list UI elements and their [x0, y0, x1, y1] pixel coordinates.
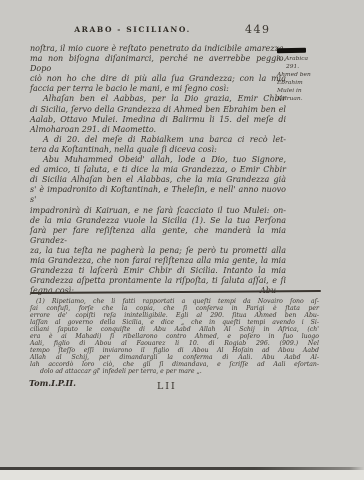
text-line: ma non biſogna diſanimarci, perché ne av… [30, 54, 286, 74]
margin-note-line: Kairuan. [277, 96, 329, 104]
footer-tome: Tom.I.P.II. [29, 378, 76, 388]
text-line: de la mia Grandezza vuole la Sicilia (1)… [30, 216, 286, 226]
page-number: 449 [245, 23, 271, 36]
paragraph: A di 20. del meſe di Rabialkem una barca… [30, 135, 286, 155]
text-line: za, la tua teſta ne pagherà la pena; ſe … [30, 246, 286, 256]
margin-note-lines: A. Arabica291.Ahmed benEbrahimMulei inKa… [277, 56, 329, 103]
signature-mark: LII [157, 381, 177, 392]
text-line: tera da Koſtantinah, nella quale ſi dice… [30, 145, 286, 155]
margin-note-line: A. Arabica [277, 56, 329, 64]
text-line: Almoharoan 291. di Maometto. [30, 125, 286, 135]
below-scan-edge-margin [0, 470, 364, 480]
text-line: s' è impadronito di Koſtantinah, e Thele… [30, 185, 286, 205]
text-line: impadronirà di Kairuan, e ne ſarà ſcacci… [30, 206, 286, 216]
margin-note: A. Arabica291.Ahmed benEbrahimMulei inKa… [277, 48, 329, 103]
text-line: Grandezza ti laſcerà Emir Chbir di Sicil… [30, 266, 286, 276]
text-line: ciò non ho che dire di più alla ſua Gran… [30, 74, 286, 84]
text-line: Aalab, Ottavo Mulei. Imedina di Balirmu … [30, 115, 286, 125]
paragraph: Alhaſan ben el Aabbas, per la Dio grazia… [30, 94, 286, 134]
text-line: Grandezza aſpetta prontamente la riſpoſt… [30, 276, 286, 286]
text-line: Abu Muhammed Obeid' allah, lode a Dio, t… [30, 155, 286, 165]
text-line: ed amico, ti ſaluta, e ti dice la mia Gr… [30, 165, 286, 175]
footnote-line: dolo ad attaccar gl' infedeli per terra,… [30, 369, 319, 376]
margin-note-line: Ebrahim [277, 80, 329, 88]
paragraph: Abu Muhammed Obeid' allah, lode a Dio, t… [30, 155, 286, 296]
text-line: Alhaſan ben el Aabbas, per la Dio grazia… [30, 94, 286, 104]
text-line: di Sicilia, ſervo della Grandezza di Ahm… [30, 105, 286, 115]
text-line: mia Grandezza, che non farai reſiſtenza … [30, 256, 286, 266]
running-title: ARABO - SICILIANO. [30, 25, 235, 34]
margin-note-rule [277, 48, 306, 54]
scanned-book-page: ARABO - SICILIANO. 449 noſtra, il mio cu… [0, 0, 364, 480]
footnote: (1) Ripetiamo, che li fatti rapportati a… [30, 299, 319, 375]
margin-note-line: 291. [277, 64, 329, 72]
text-line: faccia per terra le bacio le mani, e mi … [30, 84, 286, 94]
body-text: noſtra, il mio cuore è reſtato penetrato… [30, 44, 286, 296]
text-line: noſtra, il mio cuore è reſtato penetrato… [30, 44, 286, 54]
text-line: A di 20. del meſe di Rabialkem una barca… [30, 135, 286, 145]
margin-note-line: Mulei in [277, 88, 329, 96]
margin-note-line: Ahmed ben [277, 72, 329, 80]
paragraph: noſtra, il mio cuore è reſtato penetrato… [30, 44, 286, 94]
text-line: di Sicilia Alhaſan ben el Alabbas, che l… [30, 175, 286, 185]
text-line: ſarà per fare reſiſtenza alla gente, che… [30, 226, 286, 246]
